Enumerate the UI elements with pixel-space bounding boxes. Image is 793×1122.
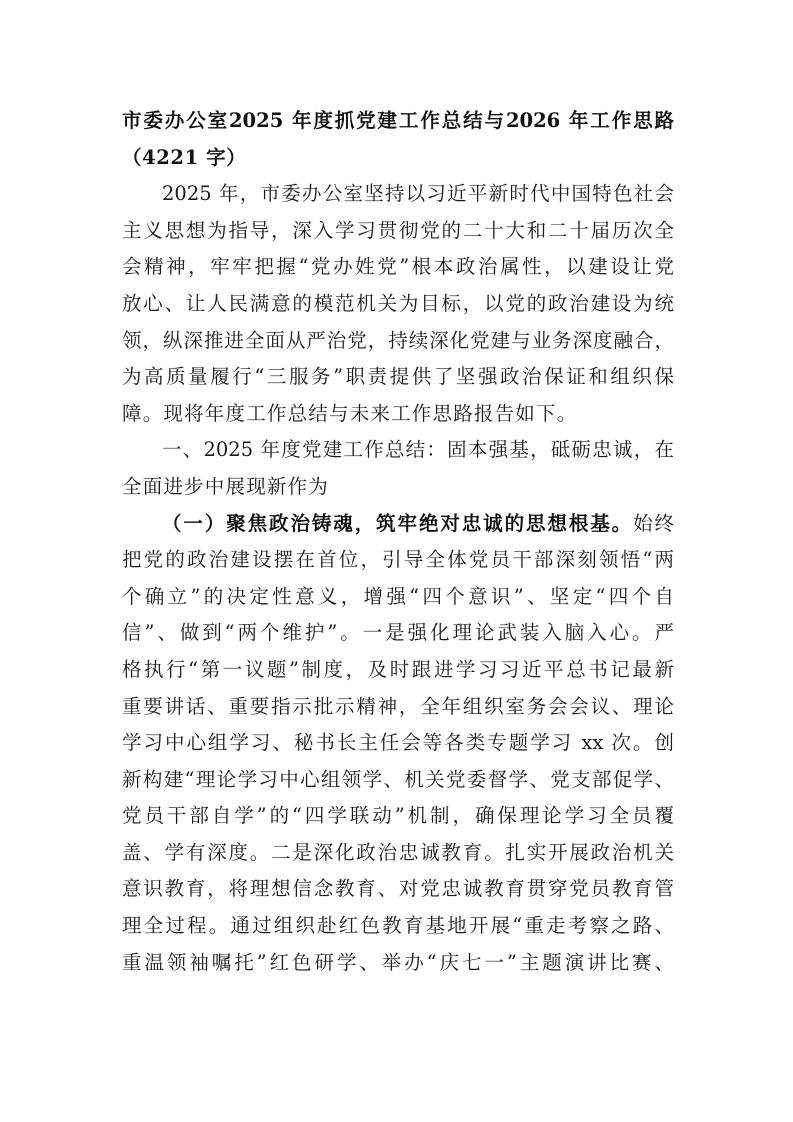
word-count-label: （4221 字） <box>122 140 674 177</box>
body-line: 意识教育，将理想信念教育、对党忠诚教育贯穿党员教育管 <box>122 871 674 908</box>
body-line: 重温领袖嘱托”红色研学、举办“庆七一”主题演讲比赛、 <box>122 945 674 982</box>
body-line: 重要讲话、重要指示批示精神，全年组织室务会会议、理论 <box>122 689 674 726</box>
intro-paragraph-line: 会精神，牢牢把握“党办姓党”根本政治属性，以建设让党 <box>122 249 674 286</box>
intro-paragraph-line: 放心、让人民满意的模范机关为目标，以党的政治建设为统 <box>122 286 674 323</box>
body-line: 个确立”的决定性意义，增强“四个意识”、坚定“四个自 <box>122 579 674 616</box>
body-line: 学习中心组学习、秘书长主任会等各类专题学习 xx 次。创 <box>122 725 674 762</box>
intro-paragraph-line: 为高质量履行“三服务”职责提供了坚强政治保证和组织保 <box>122 359 674 396</box>
intro-paragraph-line: 2025 年，市委办公室坚持以习近平新时代中国特色社会 <box>122 176 674 213</box>
subsection-lead-tail: 始终 <box>633 512 674 535</box>
section-heading: 一、2025 年度党建工作总结：固本强基，砥砺忠诚，在 <box>122 432 674 469</box>
subsection-lead-line: （一）聚焦政治铸魂，筑牢绝对忠诚的思想根基。始终 <box>122 506 674 543</box>
section-heading: 全面进步中展现新作为 <box>122 469 674 506</box>
body-line: 格执行“第一议题”制度，及时跟进学习习近平总书记最新 <box>122 652 674 689</box>
body-line: 理全过程。通过组织赴红色教育基地开展“重走考察之路、 <box>122 908 674 945</box>
intro-paragraph-line: 障。现将年度工作总结与未来工作思路报告如下。 <box>122 396 674 433</box>
body-line: 信”、做到“两个维护”。一是强化理论武装入脑入心。严 <box>122 615 674 652</box>
document-page: 市委办公室2025 年度抓党建工作总结与2026 年工作思路 （4221 字） … <box>122 103 674 981</box>
document-title: 市委办公室2025 年度抓党建工作总结与2026 年工作思路 <box>122 103 674 140</box>
intro-paragraph-line: 领，纵深推进全面从严治党，持续深化党建与业务深度融合， <box>122 323 674 360</box>
intro-paragraph-line: 主义思想为指导，深入学习贯彻党的二十大和二十届历次全 <box>122 213 674 250</box>
body-line: 党员干部自学”的“四学联动”机制，确保理论学习全员覆 <box>122 798 674 835</box>
body-line: 把党的政治建设摆在首位，引导全体党员干部深刻领悟“两 <box>122 542 674 579</box>
body-line: 盖、学有深度。二是深化政治忠诚教育。扎实开展政治机关 <box>122 835 674 872</box>
subsection-heading: （一）聚焦政治铸魂，筑牢绝对忠诚的思想根基。 <box>162 512 633 535</box>
body-line: 新构建“理论学习中心组领学、机关党委督学、党支部促学、 <box>122 762 674 799</box>
